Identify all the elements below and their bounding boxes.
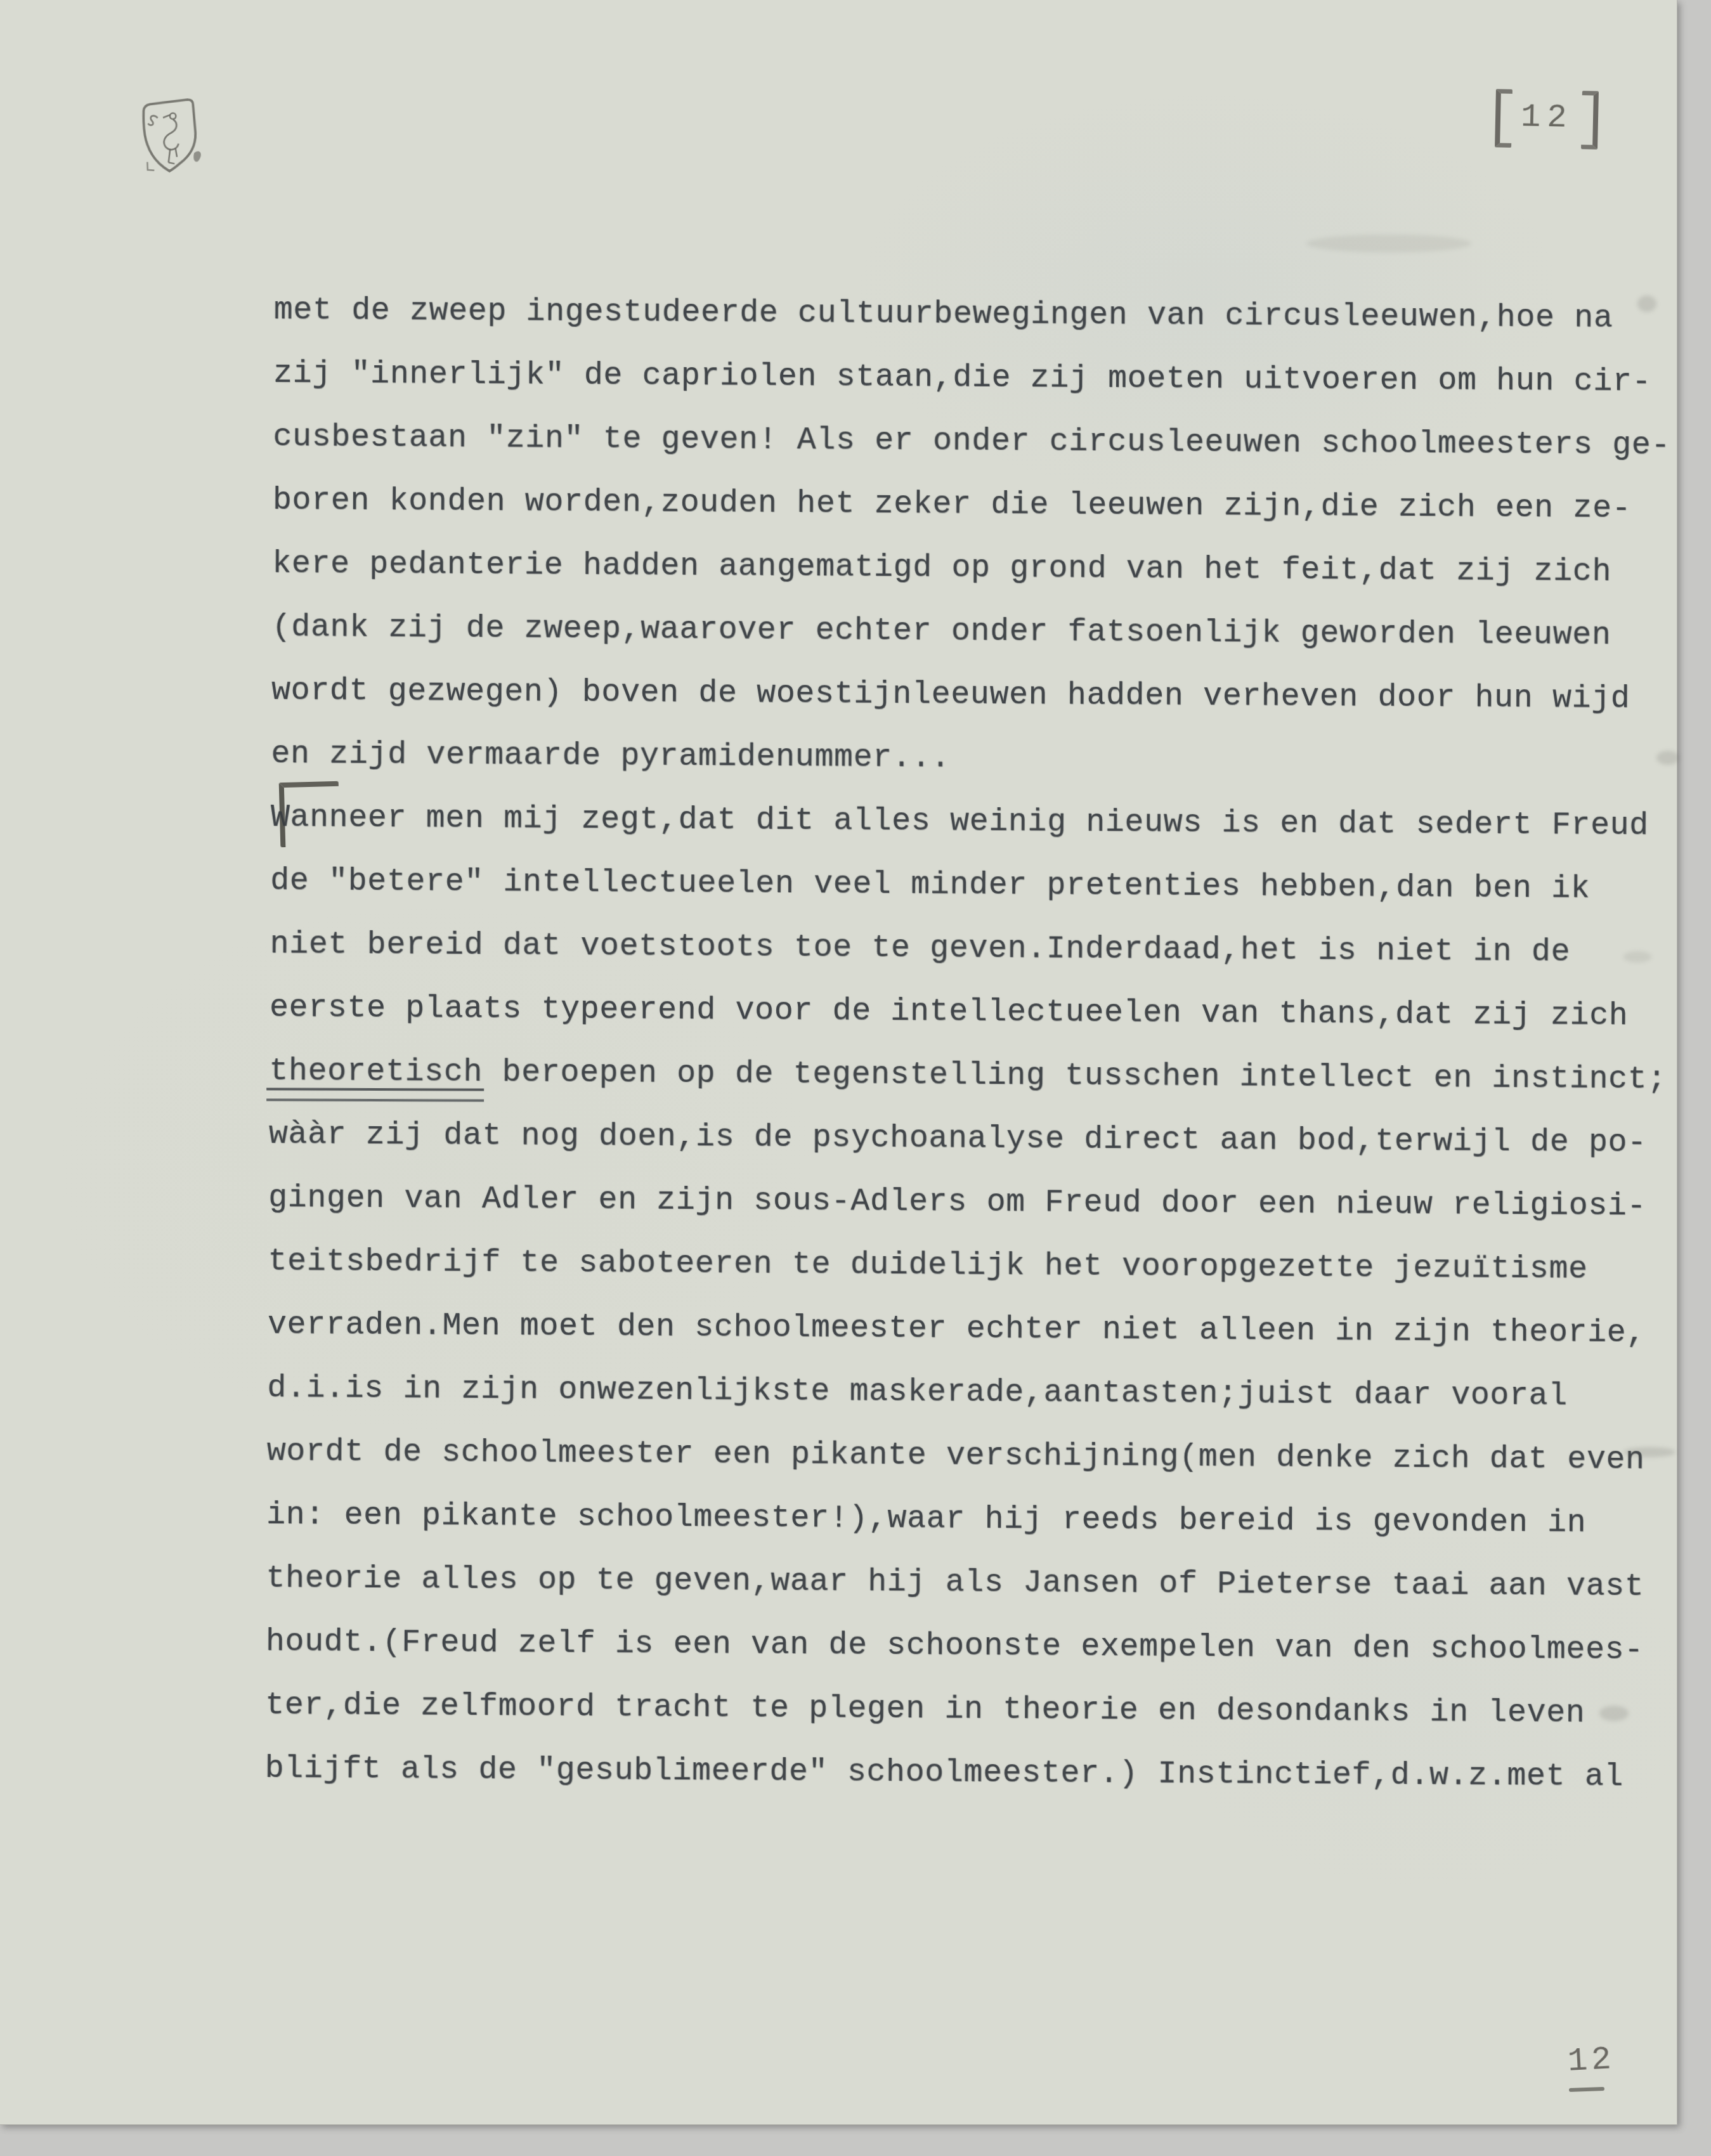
smudge-mark	[1306, 235, 1471, 252]
typed-line: Wanneer men mij zegt,dat dit alles weini…	[271, 786, 1705, 859]
typed-line: gingen van Adler en zijn sous-Adlers om …	[268, 1167, 1702, 1239]
typed-text: d.i.is in zijn onwezenlijkste maskerade,…	[267, 1370, 1568, 1415]
typed-text: zij "innerlijk" de capriolen staan,die z…	[273, 356, 1651, 400]
typed-text: wordt de schoolmeester een pikante versc…	[267, 1434, 1645, 1478]
typed-text: boren konden worden,zouden het zeker die…	[273, 483, 1632, 527]
smudge-mark	[1637, 295, 1656, 312]
smudge-mark	[1623, 951, 1651, 963]
smudge-mark	[1623, 1447, 1675, 1457]
typed-text: cusbestaan "zin" te geven! Als er onder …	[273, 419, 1670, 464]
typed-line: cusbestaan "zin" te geven! Als er onder …	[273, 406, 1707, 478]
typed-line: zij "innerlijk" de capriolen staan,die z…	[273, 342, 1707, 415]
typed-line: wordt gezwegen) boven de woestijnleeuwen…	[271, 659, 1705, 732]
right-bracket-mark	[1581, 91, 1599, 150]
typed-text: de "betere" intellectueelen veel minder …	[270, 863, 1590, 907]
typed-line: kere pedanterie hadden aangematigd op gr…	[272, 533, 1706, 605]
typed-text: eerste plaats typeerend voor de intellec…	[270, 990, 1629, 1034]
typed-text: teitsbedrijf te saboteeren te duidelijk …	[268, 1244, 1587, 1288]
typed-line: houdt.(Freud zelf is een van de schoonst…	[266, 1611, 1700, 1683]
typed-line: verraden.Men moet den schoolmeester echt…	[268, 1294, 1701, 1366]
typed-text: verraden.Men moet den schoolmeester echt…	[268, 1307, 1646, 1351]
typed-text: Wanneer men mij zegt,dat dit alles weini…	[271, 800, 1649, 844]
typed-text: in: een pikante schoolmeester!),waar hij…	[266, 1497, 1586, 1542]
smudge-mark	[1656, 751, 1679, 765]
typed-text: met de zweep ingestudeerde cultuurbewegi…	[274, 292, 1613, 337]
typed-line: ter,die zelfmoord tracht te plegen in th…	[265, 1674, 1699, 1746]
typed-text: en zijd vermaarde pyramidenummer...	[271, 736, 951, 777]
typed-text: kere pedanterie hadden aangematigd op gr…	[272, 546, 1611, 590]
typed-text: niet bereid dat voetstoots toe te geven.…	[270, 926, 1570, 971]
typed-line: in: een pikante schoolmeester!),waar hij…	[266, 1484, 1700, 1556]
typed-text: ter,die zelfmoord tracht te plegen in th…	[265, 1687, 1585, 1732]
page-number-bottom: 12	[1567, 2041, 1616, 2081]
typed-text: wààr zij dat nog doen,is de psychoanalys…	[269, 1117, 1647, 1161]
typed-text: beroepen op de tegenstelling tusschen in…	[483, 1055, 1667, 1098]
typed-text: houdt.(Freud zelf is een van de schoonst…	[266, 1624, 1644, 1668]
typed-line: d.i.is in zijn onwezenlijkste maskerade,…	[267, 1357, 1701, 1429]
typed-text: (dank zij de zweep,waarover echter onder…	[271, 609, 1611, 654]
typed-line: eerste plaats typeerend voor de intellec…	[270, 977, 1703, 1049]
typed-line: (dank zij de zweep,waarover echter onder…	[271, 596, 1705, 668]
typed-line: theoretisch beroepen op de tegenstelling…	[269, 1040, 1703, 1112]
typed-line: niet bereid dat voetstoots toe te geven.…	[270, 913, 1703, 985]
typed-text: blijft als de "gesublimeerde" schoolmees…	[264, 1751, 1623, 1795]
typed-line: de "betere" intellectueelen veel minder …	[270, 850, 1704, 922]
typed-line: en zijd vermaarde pyramidenummer...	[271, 723, 1705, 795]
typed-line: teitsbedrijf te saboteeren te duidelijk …	[268, 1230, 1701, 1302]
smudge-mark	[1599, 1706, 1629, 1721]
scanned-page: 12 met de zweep ingestudeerde cultuurbew…	[0, 0, 1711, 2156]
left-bracket-mark	[1495, 89, 1513, 148]
typed-line: met de zweep ingestudeerde cultuurbewegi…	[273, 279, 1707, 351]
typed-line: wààr zij dat nog doen,is de psychoanalys…	[268, 1103, 1702, 1176]
typed-line: theorie alles op te geven,waar hij als J…	[266, 1547, 1700, 1620]
typed-line: boren konden worden,zouden het zeker die…	[273, 469, 1707, 542]
typed-line: wordt de schoolmeester een pikante versc…	[266, 1420, 1700, 1493]
typed-text: wordt gezwegen) boven de woestijnleeuwen…	[271, 673, 1630, 717]
shield-stork-stamp-icon	[137, 97, 203, 175]
page-number-top-value: 12	[1520, 98, 1573, 141]
typed-line: blijft als de "gesublimeerde" schoolmees…	[264, 1737, 1698, 1810]
underlined-word: theoretisch	[269, 1053, 483, 1091]
typed-text: gingen van Adler en zijn sous-Adlers om …	[268, 1180, 1646, 1224]
typed-text: theorie alles op te geven,waar hij als J…	[266, 1561, 1644, 1605]
typed-text-block: met de zweep ingestudeerde cultuurbewegi…	[264, 279, 1707, 1810]
page-number-top: 12	[1495, 89, 1599, 149]
